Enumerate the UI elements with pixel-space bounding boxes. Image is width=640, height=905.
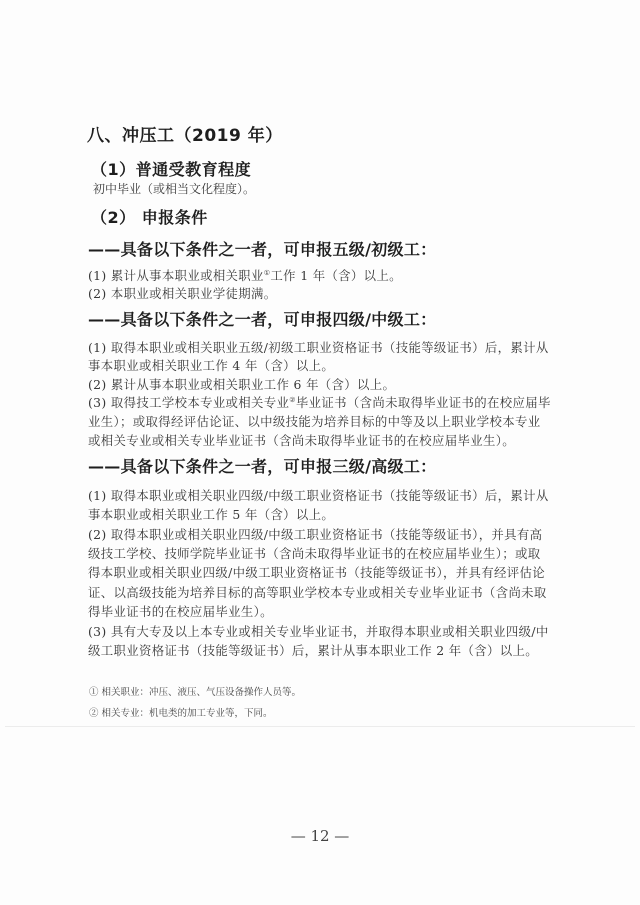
level4-line-4: (3) 取得技工学校本专业或相关专业②毕业证书（含尚未取得毕业证书的在校应届毕 (88, 393, 551, 411)
level3-line-1: (1) 取得本职业或相关职业四级/中级工职业资格证书（技能等级证书）后，累计从 (88, 486, 549, 504)
level4-line-3: (2) 累计从事本职业或相关职业工作 6 年（含）以上。 (88, 375, 395, 393)
line-text: (1) 累计从事本职业或相关职业 (88, 268, 264, 283)
level3-line-7: 得毕业证书的在校应届毕业生）。 (88, 602, 273, 620)
line-text: 工作 1 年（含）以上。 (270, 268, 401, 283)
level3-heading: ——具备以下条件之一者，可申报三级/高级工： (88, 454, 436, 477)
line-text: 毕业证书（含尚未取得毕业证书的在校应届毕 (296, 395, 551, 410)
level5-heading: ——具备以下条件之一者，可申报五级/初级工： (88, 237, 436, 260)
level3-line-3: (2) 取得本职业或相关职业四级/中级工职业资格证书（技能等级证书），并具有高 (88, 525, 542, 543)
level4-line-6: 或相关专业或相关专业毕业证书（含尚未取得毕业证书的在校应届毕业生）。 (88, 431, 515, 449)
level3-line-2: 事本职业或相关职业工作 5 年（含）以上。 (88, 505, 334, 523)
level4-line-2: 事本职业或相关职业工作 4 年（含）以上。 (88, 356, 334, 374)
page-number: — 12 — (0, 827, 640, 845)
education-heading: （1）普通受教育程度 (91, 157, 251, 180)
education-text: 初中毕业（或相当文化程度）。 (93, 180, 255, 197)
application-heading: （2） 申报条件 (91, 205, 208, 228)
document-page: 八、冲压工（2019 年） （1）普通受教育程度 初中毕业（或相当文化程度）。 … (0, 0, 640, 905)
level4-heading: ——具备以下条件之一者，可申报四级/中级工： (88, 307, 436, 330)
level3-line-9: 级工职业资格证书（技能等级证书）后，累计从事本职业工作 2 年（含）以上。 (88, 641, 538, 659)
level5-line-2: (2) 本职业或相关职业学徒期满。 (88, 284, 277, 302)
level4-line-5: 业生）；或取得经评估论证、以中级技能为培养目标的中等及以上职业学校本专业 (88, 412, 540, 430)
level3-line-6: 证、以高级技能为培养目标的高等职业学校本专业或相关专业毕业证书（含尚未取 (88, 583, 547, 601)
level5-line-1: (1) 累计从事本职业或相关职业①工作 1 年（含）以上。 (88, 266, 402, 284)
footnote-1: ① 相关职业：冲压、液压、气压设备操作人员等。 (89, 684, 301, 698)
section-title: 八、冲压工（2019 年） (87, 121, 283, 146)
level3-line-4: 级技工学校、技师学院毕业证书（含尚未取得毕业证书的在校应届毕业生）；或取 (88, 544, 540, 562)
level3-line-5: 得本职业或相关职业四级/中级工职业资格证书（技能等级证书），并具有经评估论 (88, 563, 545, 581)
footnote-ref-2: ② (289, 396, 296, 404)
level3-line-8: (3) 具有大专及以上本专业或相关专业毕业证书，并取得本职业或相关职业四级/中 (88, 622, 549, 640)
footnote-2: ② 相关专业：机电类的加工专业等，下同。 (89, 705, 273, 719)
divider-line (5, 726, 635, 727)
level4-line-1: (1) 取得本职业或相关职业五级/初级工职业资格证书（技能等级证书）后，累计从 (88, 338, 549, 356)
line-text: (3) 取得技工学校本专业或相关专业 (88, 395, 289, 410)
